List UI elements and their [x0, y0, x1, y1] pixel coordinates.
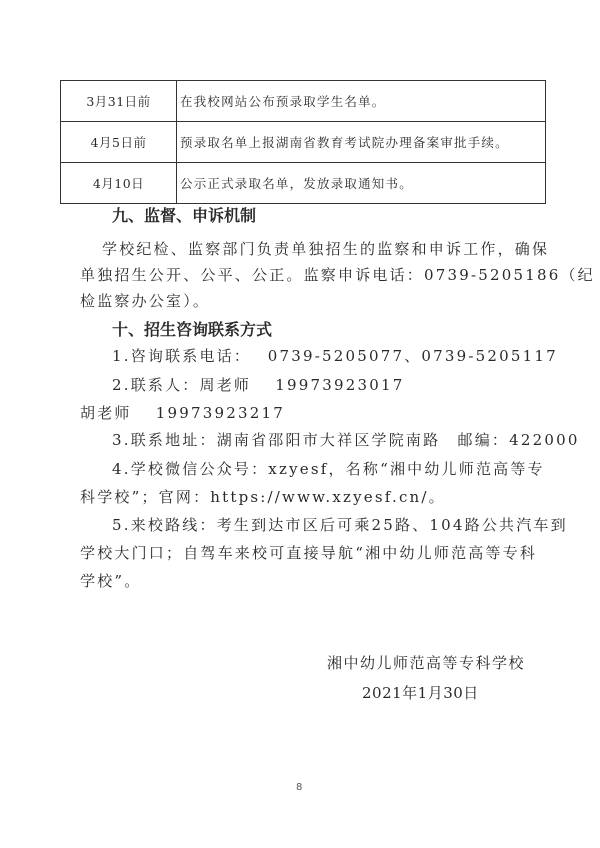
table-row: 3月31日前 在我校网站公布预录取学生名单。 [61, 81, 546, 122]
section-9-paragraph-line: 学校纪检、监察部门负责单独招生的监察和申诉工作，确保 [102, 238, 549, 259]
section-9-paragraph-line: 单独招生公开、公平、公正。监察申诉电话：0739-5205186（纪 [80, 264, 595, 285]
document-page: 3月31日前 在我校网站公布预录取学生名单。 4月5日前 预录取名单上报湖南省教… [0, 0, 600, 848]
signature-school: 湘中幼儿师范高等专科学校 [327, 652, 525, 673]
section-9-paragraph-line: 检监察办公室）。 [80, 290, 210, 311]
contact-phone-item: 1.咨询联系电话： 0739-5205077、0739-5205117 [112, 345, 558, 366]
website-line: 科学校”；官网：https://www.xzyesf.cn/。 [80, 486, 446, 507]
contact-address-item: 3.联系地址：湖南省邵阳市大祥区学院南路 邮编：422000 [112, 429, 580, 450]
schedule-description: 预录取名单上报湖南省教育考试院办理备案审批手续。 [177, 122, 546, 163]
schedule-date: 3月31日前 [61, 81, 177, 122]
page-number: 8 [296, 782, 302, 793]
signature-date: 2021年1月30日 [362, 682, 479, 703]
schedule-date: 4月5日前 [61, 122, 177, 163]
schedule-description: 公示正式录取名单，发放录取通知书。 [177, 163, 546, 204]
table-row: 4月5日前 预录取名单上报湖南省教育考试院办理备案审批手续。 [61, 122, 546, 163]
section-9-heading: 九、监督、申诉机制 [112, 203, 256, 226]
schedule-description: 在我校网站公布预录取学生名单。 [177, 81, 546, 122]
contact-person-second: 胡老师 19973923217 [80, 402, 285, 423]
route-line: 学校”。 [80, 570, 141, 591]
schedule-date: 4月10日 [61, 163, 177, 204]
route-line: 学校大门口；自驾车来校可直接导航“湘中幼儿师范高等专科 [80, 542, 537, 563]
table-row: 4月10日 公示正式录取名单，发放录取通知书。 [61, 163, 546, 204]
admission-schedule-table: 3月31日前 在我校网站公布预录取学生名单。 4月5日前 预录取名单上报湖南省教… [60, 80, 546, 204]
route-item: 5.来校路线：考生到达市区后可乘25路、104路公共汽车到 [112, 514, 568, 535]
contact-person-item: 2.联系人：周老师 19973923017 [112, 374, 404, 395]
section-10-heading: 十、招生咨询联系方式 [112, 317, 272, 340]
wechat-item: 4.学校微信公众号：xzyesf，名称“湘中幼儿师范高等专 [112, 458, 545, 479]
